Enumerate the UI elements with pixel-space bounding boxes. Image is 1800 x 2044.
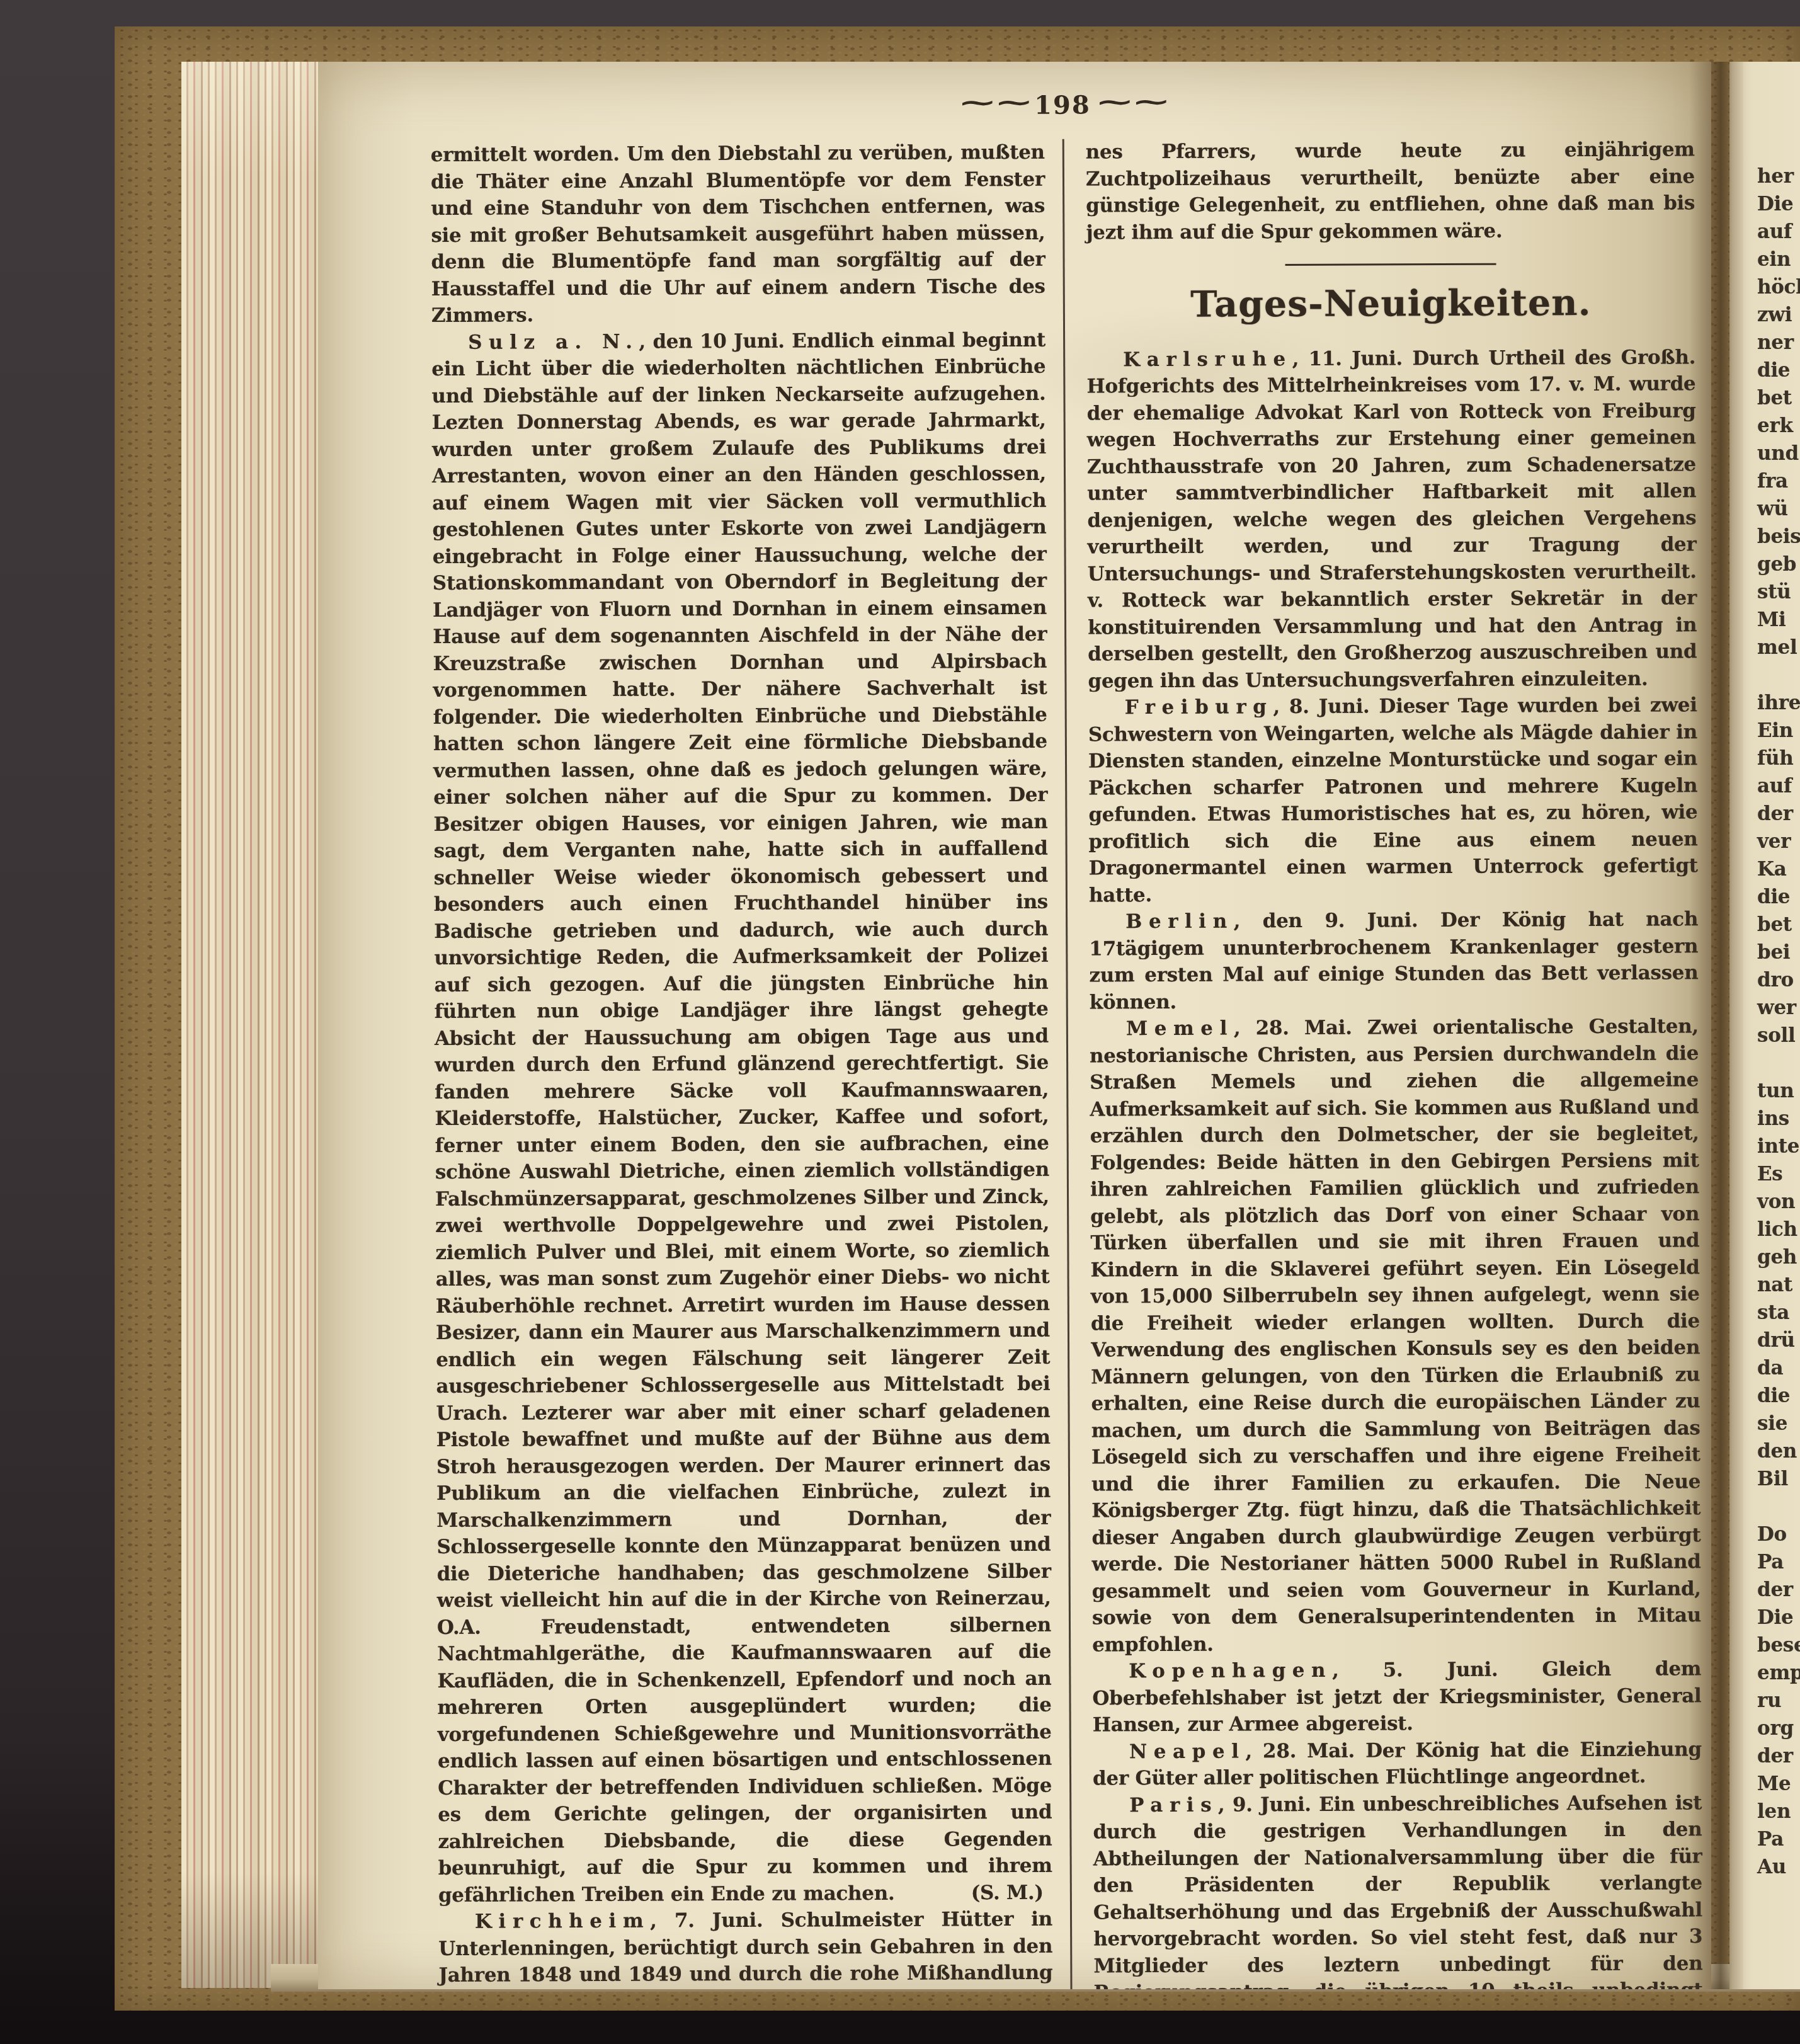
article-dateline-date: , 28. Mai. (1245, 1739, 1355, 1762)
paragraph-text: nes Pfarrers, wurde heute zu einjährigem… (1086, 138, 1695, 244)
page-content: ~~198~~ ermittelt worden. Um den Diebsta… (318, 62, 1711, 1989)
article-dateline-date: , 9. Juni. (1218, 1793, 1311, 1817)
text-columns: ermittelt worden. Um den Diebstahl zu ve… (431, 136, 1703, 1989)
article-dateline-city: Karlsruhe (1123, 348, 1292, 371)
article-dateline-city: Kirchheim (475, 1910, 650, 1933)
article-dateline-city: Neapel (1129, 1740, 1246, 1763)
paragraph-continuation: nes Pfarrers, wurde heute zu einjährigem… (1086, 136, 1695, 246)
article-sulz: Sulz a. N., den 10 Juni. Endlich einmal … (431, 326, 1052, 1909)
article-dateline-date: , den 10 Juni. (639, 329, 785, 353)
newspaper-page: ~~198~~ ermittelt worden. Um den Diebsta… (318, 62, 1711, 1989)
article-dateline-date: , den 9. Juni. (1234, 909, 1418, 932)
article-berlin: Berlin, den 9. Juni. Der König hat nach … (1089, 906, 1699, 1015)
article-karlsruhe: Karlsruhe, 11. Juni. Durch Urtheil des G… (1086, 344, 1697, 695)
article-text: Endlich einmal beginnt ein Licht über di… (431, 328, 1052, 1906)
header-flourish-right: ~~ (1054, 87, 1209, 117)
article-dateline-city: Kopenhagen (1129, 1659, 1332, 1682)
article-dateline-date: , 11. Juni. (1292, 347, 1403, 370)
paragraph-continuation: ermittelt worden. Um den Diebstahl zu ve… (431, 139, 1045, 329)
article-text: Durch Urtheil des Großh. Hofgerichts des… (1086, 346, 1697, 692)
article-kopenhagen: Kopenhagen, 5. Juni. Gleich dem Oberbefe… (1092, 1655, 1702, 1739)
section-heading: Tages-Neuigkeiten. (1086, 283, 1695, 325)
left-column: ermittelt worden. Um den Diebstahl zu ve… (431, 139, 1071, 1989)
article-memel: Memel, 28. Mai. Zwei orientalische Gesta… (1090, 1013, 1701, 1658)
page-gutter-shadow (1689, 62, 1743, 1989)
section-divider (1285, 263, 1496, 266)
page-edge-stack (181, 62, 322, 1988)
article-text: Zwei orientalische Gestalten, nestoriani… (1090, 1015, 1701, 1656)
article-dateline-city: Freiburg (1125, 695, 1273, 719)
article-dateline-city: Sulz a. N. (468, 330, 639, 353)
article-dateline-city: Memel (1126, 1017, 1234, 1041)
article-text: Ein unbeschreibliches Aufsehen ist durch… (1093, 1791, 1702, 1989)
book-scan: ~~198~~ ermittelt worden. Um den Diebsta… (0, 0, 1800, 2044)
page-header: ~~198~~ (430, 88, 1694, 123)
article-paris: Paris, 9. Juni. Ein unbeschreibliches Au… (1093, 1790, 1703, 1989)
article-kirchheim: Kirchheim, 7. Juni. Schulmeister Hütter … (438, 1906, 1053, 1989)
article-neapel: Neapel, 28. Mai. Der König hat die Einzi… (1093, 1736, 1702, 1792)
article-dateline-date: , 7. Juni. (650, 1909, 763, 1933)
article-dateline-date: , 5. Juni. (1332, 1659, 1498, 1682)
header-flourish-left: ~~ (916, 88, 1071, 118)
article-dateline-date: , 8. Juni. (1273, 695, 1369, 719)
paragraph-text: ermittelt worden. Um den Diebstahl zu ve… (431, 141, 1045, 327)
right-column: nes Pfarrers, wurde heute zu einjährigem… (1062, 136, 1703, 1989)
article-text: Dieser Tage wurden bei zwei Schwestern v… (1088, 694, 1698, 906)
article-dateline-city: Berlin (1125, 910, 1234, 934)
article-dateline-date: , 28. Mai. (1234, 1017, 1352, 1040)
article-signature: (S. M.) (935, 1879, 1044, 1906)
article-dateline-city: Paris (1129, 1793, 1218, 1817)
article-freiburg: Freiburg, 8. Juni. Dieser Tage wurden be… (1088, 692, 1698, 908)
